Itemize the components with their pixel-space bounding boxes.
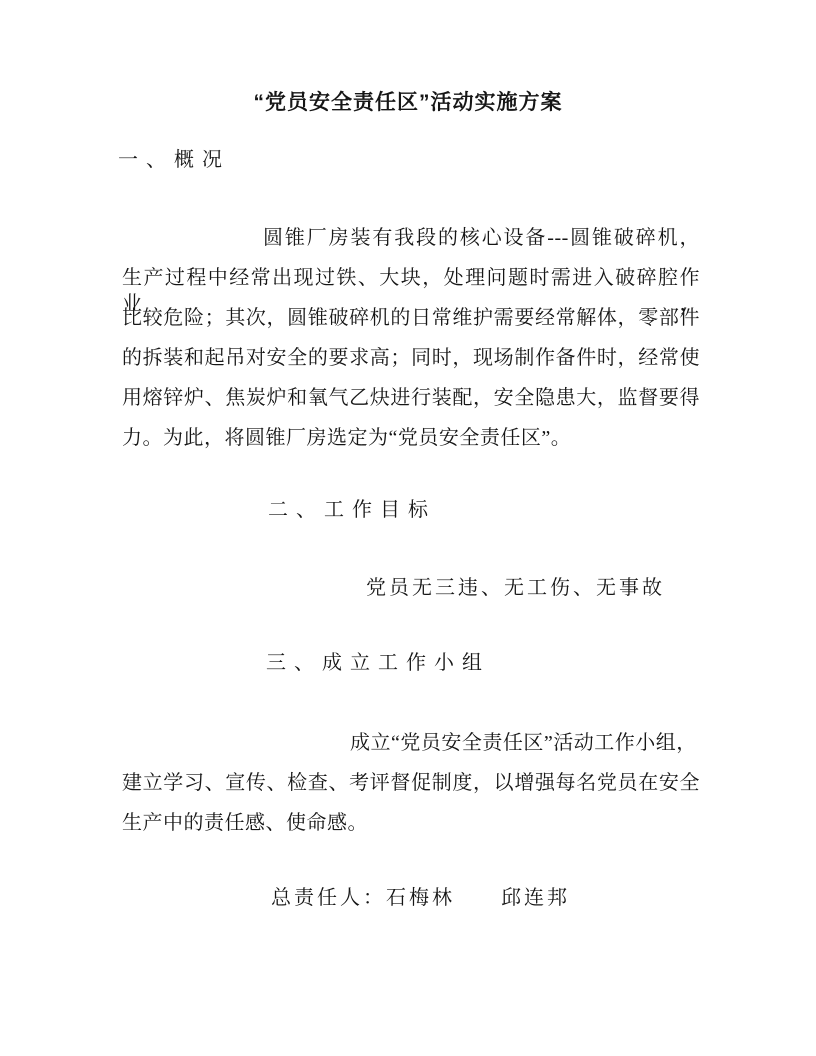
para-overview-line-3: 比较危险；其次，圆锥破碎机的日常维护需要经常解体，零部件 (122, 305, 700, 331)
document-page: “党员安全责任区”活动实施方案 一、概况 圆锥厂房装有我段的核心设备---圆锥破… (0, 0, 816, 1056)
para-overview-line-5: 用熔锌炉、焦炭炉和氧气乙炔进行装配，安全隐患大，监督要得 (122, 385, 700, 411)
para-overview-line-6: 力。为此，将圆锥厂房选定为“党员安全责任区”。 (122, 425, 571, 451)
section-heading-goals: 二、工作目标 (268, 497, 436, 523)
para-workgroup-line-3: 生产中的责任感、使命感。 (122, 810, 368, 836)
para-workgroup-line-2: 建立学习、宣传、检查、考评督促制度，以增强每名党员在安全 (122, 770, 700, 796)
responsible-persons-line: 总责任人：石梅林 邱连邦 (271, 885, 570, 911)
goal-statement: 党员无三违、无工伤、无事故 (366, 575, 665, 601)
document-title: “党员安全责任区”活动实施方案 (0, 90, 816, 116)
para-overview-line-1: 圆锥厂房装有我段的核心设备---圆锥破碎机， (263, 225, 700, 251)
section-heading-workgroup: 三、成立工作小组 (266, 650, 490, 676)
para-overview-line-4: 的拆装和起吊对安全的要求高；同时，现场制作备件时，经常使 (122, 345, 700, 371)
para-workgroup-line-1: 成立“党员安全责任区”活动工作小组， (350, 730, 697, 756)
section-heading-overview: 一、概况 (118, 147, 230, 173)
